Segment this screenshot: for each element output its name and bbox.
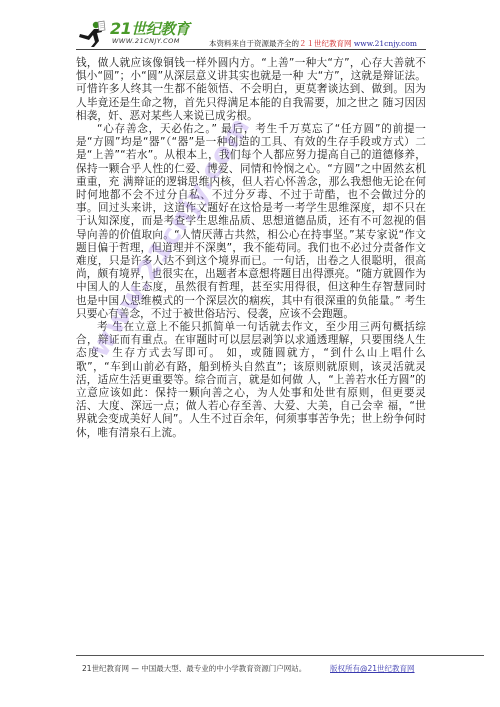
logo-url: WWW.21CNJY.COM [112,37,180,45]
source-url-link[interactable]: www.21cnjy.com [354,39,417,48]
runner-logo-icon [76,20,106,48]
paragraph-1: 钱，做人就应该像铜钱一样外圆内方。“上善”一种大“方”，心存大善就不惧小“圆”；… [76,57,426,123]
header-divider [76,49,426,50]
page-header: 21世纪教育 WWW.21CNJY.COM 本资料来自于资源最齐全的２１世纪教育… [76,14,426,54]
copyright-link[interactable]: 版权所有@21世纪教育网 [330,663,415,674]
site-logo[interactable]: 21世纪教育 WWW.21CNJY.COM [76,14,196,50]
footer-tagline: 21世纪教育网 — 中国最大型、最专业的中小学教育资源门户网站。 [82,663,306,674]
source-notice: 本资料来自于资源最齐全的２１世纪教育网 www.21cnjy.com [209,38,417,49]
paragraph-2: “心存善念，天必佑之。” 最后，考生千万莫忘了“任方圆”的前提一是“方圆”均是“… [76,123,426,321]
footer-divider [76,655,484,656]
logo-title: 21世纪教育 [110,18,189,39]
document-body: 钱，做人就应该像铜钱一样外圆内方。“上善”一种大“方”，心存大善就不惧小“圆”；… [76,57,426,440]
paragraph-3: 考 生在立意上不能只抓简单一句话就去作文，至少用三两句概括综合，辩证而有重点。在… [76,321,426,440]
source-brand: ２１世纪教育网 [299,39,352,48]
